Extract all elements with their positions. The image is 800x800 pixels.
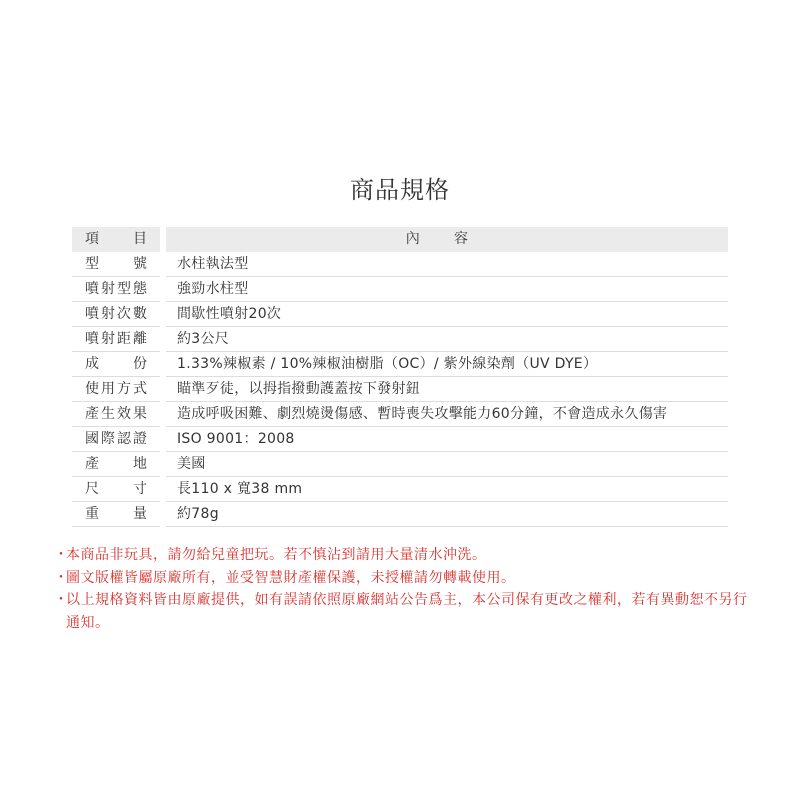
table-row: 噴射距離約3公尺: [72, 327, 728, 352]
spec-label-char: 方: [117, 377, 131, 401]
header-item-char: 目: [133, 227, 147, 252]
spec-label-char: 國: [85, 427, 99, 451]
bullet-icon: ・: [54, 589, 66, 634]
spec-label-char: 地: [133, 452, 147, 476]
spec-label-char: 證: [133, 427, 147, 451]
spec-label-char: 重: [85, 502, 99, 526]
bullet-icon: ・: [54, 567, 66, 590]
spec-label-char: 號: [133, 252, 147, 276]
spec-label: 重量: [72, 502, 160, 527]
spec-value: 1.33%辣椒素 / 10%辣椒油樹脂（OC）/ 紫外線染劑（UV DYE）: [166, 352, 728, 377]
table-row: 使用方式瞄準歹徒，以拇指撥動護蓋按下發射鈕: [72, 377, 728, 402]
spec-value: 強勁水柱型: [166, 277, 728, 302]
note-item: ・以上規格資料皆由原廠提供，如有誤請依照原廠網站公告爲主，本公司保有更改之權利，…: [54, 589, 754, 634]
spec-label: 噴射距離: [72, 327, 160, 352]
header-content-char: 內: [406, 227, 420, 252]
spec-label-char: 成: [85, 352, 99, 376]
table-header-row: 項 目 內 容: [72, 227, 728, 252]
notes-list: ・本商品非玩具，請勿給兒童把玩。若不慎沾到請用大量清水沖洗。・圖文版權皆屬原廠所…: [54, 544, 754, 634]
table-row: 噴射次數間歇性噴射20次: [72, 302, 728, 327]
spec-label-char: 用: [101, 377, 115, 401]
spec-label-char: 噴: [85, 302, 99, 326]
spec-label-char: 果: [133, 402, 147, 426]
spec-value: 瞄準歹徒，以拇指撥動護蓋按下發射鈕: [166, 377, 728, 402]
spec-value: 長110 x 寬38 mm: [166, 477, 728, 502]
spec-label-char: 型: [117, 277, 131, 301]
spec-label-char: 距: [117, 327, 131, 351]
table-row: 尺寸長110 x 寬38 mm: [72, 477, 728, 502]
table-row: 產地美國: [72, 452, 728, 477]
header-item-char: 項: [85, 227, 99, 252]
note-text: 以上規格資料皆由原廠提供，如有誤請依照原廠網站公告爲主，本公司保有更改之權利，若…: [66, 589, 754, 634]
spec-label: 使用方式: [72, 377, 160, 402]
table-row: 成份1.33%辣椒素 / 10%辣椒油樹脂（OC）/ 紫外線染劑（UV DYE）: [72, 352, 728, 377]
spec-value: 約3公尺: [166, 327, 728, 352]
spec-label-char: 產: [85, 452, 99, 476]
spec-label-char: 認: [117, 427, 131, 451]
spec-label-char: 效: [117, 402, 131, 426]
spec-table: 項 目 內 容 型號水柱執法型噴射型態強勁水柱型噴射次數間歇性噴射20次噴射距離…: [72, 227, 728, 527]
spec-label: 產生效果: [72, 402, 160, 427]
spec-label-char: 數: [133, 302, 147, 326]
spec-label: 成份: [72, 352, 160, 377]
spec-label: 尺寸: [72, 477, 160, 502]
table-row: 型號水柱執法型: [72, 252, 728, 277]
spec-label: 噴射型態: [72, 277, 160, 302]
note-item: ・本商品非玩具，請勿給兒童把玩。若不慎沾到請用大量清水沖洗。: [54, 544, 754, 567]
spec-value: 間歇性噴射20次: [166, 302, 728, 327]
bullet-icon: ・: [54, 544, 66, 567]
spec-value: 造成呼吸困難、劇烈燒燙傷感、暫時喪失攻擊能力60分鐘，不會造成永久傷害: [166, 402, 728, 427]
table-row: 重量約78g: [72, 502, 728, 527]
spec-label-char: 際: [101, 427, 115, 451]
spec-label-char: 射: [101, 302, 115, 326]
header-content-char: 容: [454, 227, 468, 252]
spec-label-char: 產: [85, 402, 99, 426]
spec-label: 噴射次數: [72, 302, 160, 327]
spec-label-char: 射: [101, 327, 115, 351]
table-row: 產生效果造成呼吸困難、劇烈燒燙傷感、暫時喪失攻擊能力60分鐘，不會造成永久傷害: [72, 402, 728, 427]
note-text: 本商品非玩具，請勿給兒童把玩。若不慎沾到請用大量清水沖洗。: [66, 544, 754, 567]
spec-value: 約78g: [166, 502, 728, 527]
spec-label-char: 式: [133, 377, 147, 401]
spec-label-char: 使: [85, 377, 99, 401]
spec-label-char: 份: [133, 352, 147, 376]
table-row: 國際認證ISO 9001：2008: [72, 427, 728, 452]
spec-label: 型號: [72, 252, 160, 277]
spec-label-char: 尺: [85, 477, 99, 501]
spec-value: 水柱執法型: [166, 252, 728, 277]
spec-label: 產地: [72, 452, 160, 477]
page-title: 商品規格: [0, 170, 800, 205]
spec-label: 國際認證: [72, 427, 160, 452]
spec-label-char: 噴: [85, 327, 99, 351]
spec-label-char: 噴: [85, 277, 99, 301]
spec-label-char: 射: [101, 277, 115, 301]
table-row: 噴射型態強勁水柱型: [72, 277, 728, 302]
spec-label-char: 離: [133, 327, 147, 351]
spec-value: ISO 9001：2008: [166, 427, 728, 452]
spec-value: 美國: [166, 452, 728, 477]
note-text: 圖文版權皆屬原廠所有，並受智慧財產權保護，未授權請勿轉載使用。: [66, 567, 754, 590]
spec-label-char: 寸: [133, 477, 147, 501]
header-item: 項 目: [72, 227, 160, 252]
spec-label-char: 次: [117, 302, 131, 326]
spec-label-char: 量: [133, 502, 147, 526]
header-content: 內 容: [166, 227, 728, 252]
note-item: ・圖文版權皆屬原廠所有，並受智慧財產權保護，未授權請勿轉載使用。: [54, 567, 754, 590]
spec-label-char: 生: [101, 402, 115, 426]
spec-label-char: 態: [133, 277, 147, 301]
spec-label-char: 型: [85, 252, 99, 276]
